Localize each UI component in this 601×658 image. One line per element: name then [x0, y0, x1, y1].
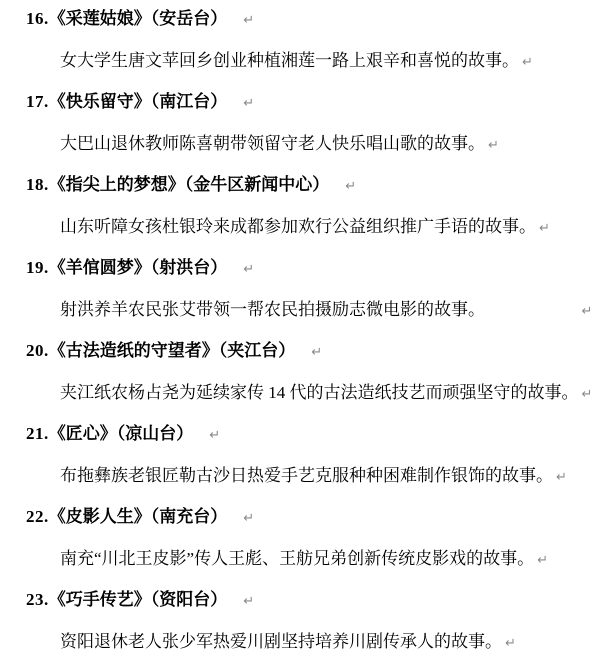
item-description: 布拖彝族老银匠勒古沙日热爱手艺克服种种困难制作银饰的故事。 [60, 466, 553, 485]
paragraph-mark-icon: ↵ [243, 262, 254, 277]
item-title: 《匠心》（凉山台） [49, 424, 194, 443]
entry-21: 21.《匠心》（凉山台）↵ 布拖彝族老银匠勒古沙日热爱手艺克服种种困难制作银饰的… [26, 421, 601, 489]
entry-19: 19.《羊倌圆梦》（射洪台）↵ 射洪养羊农民张艾带领一帮农民拍摄励志微电影的故事… [26, 255, 601, 323]
item-title: 《古法造纸的守望者》（夹江台） [49, 341, 296, 360]
item-number: 22. [26, 507, 49, 526]
paragraph-mark-icon: ↵ [522, 55, 533, 70]
entry-description-row: 布拖彝族老银匠勒古沙日热爱手艺克服种种困难制作银饰的故事。↵ [60, 463, 601, 489]
item-title: 《采莲姑娘》（安岳台） [49, 9, 228, 28]
entry-heading: 18.《指尖上的梦想》（金牛区新闻中心）↵ [26, 172, 601, 198]
entry-heading: 23.《巧手传艺》（资阳台）↵ [26, 587, 601, 613]
entry-description-row: 山东听障女孩杜银玲来成都参加欢行公益组织推广手语的故事。↵ [60, 214, 601, 240]
item-number: 17. [26, 92, 49, 111]
item-title: 《巧手传艺》（资阳台） [49, 590, 228, 609]
item-description: 射洪养羊农民张艾带领一帮农民拍摄励志微电影的故事。 [60, 300, 579, 319]
item-number: 16. [26, 9, 49, 28]
entry-heading: 20.《古法造纸的守望者》（夹江台）↵ [26, 338, 601, 364]
item-description: 山东听障女孩杜银玲来成都参加欢行公益组织推广手语的故事。 [60, 217, 536, 236]
paragraph-mark-icon: ↵ [505, 636, 516, 651]
paragraph-mark-icon: ↵ [582, 387, 593, 402]
item-description: 夹江纸农杨占尧为延续家传 14 代的古法造纸技艺而顽强坚守的故事。 [60, 383, 579, 402]
entry-heading: 16.《采莲姑娘》（安岳台）↵ [26, 6, 601, 32]
entry-heading: 19.《羊倌圆梦》（射洪台）↵ [26, 255, 601, 281]
paragraph-mark-icon: ↵ [209, 428, 220, 443]
item-number: 19. [26, 258, 49, 277]
paragraph-mark-icon: ↵ [488, 138, 499, 153]
entry-description-row: 南充“川北王皮影”传人王彪、王舫兄弟创新传统皮影戏的故事。↵ [60, 546, 601, 572]
paragraph-mark-icon: ↵ [345, 179, 356, 194]
entry-description-row: 射洪养羊农民张艾带领一帮农民拍摄励志微电影的故事。 ↵ [60, 297, 601, 323]
entry-heading: 21.《匠心》（凉山台）↵ [26, 421, 601, 447]
item-number: 18. [26, 175, 49, 194]
paragraph-mark-icon: ↵ [556, 470, 567, 485]
entry-18: 18.《指尖上的梦想》（金牛区新闻中心）↵ 山东听障女孩杜银玲来成都参加欢行公益… [26, 172, 601, 240]
entry-description-row: 资阳退休老人张少军热爱川剧坚持培养川剧传承人的故事。↵ [60, 629, 601, 655]
paragraph-mark-icon: ↵ [243, 594, 254, 609]
entry-description-row: 大巴山退休教师陈喜朝带领留守老人快乐唱山歌的故事。↵ [60, 131, 601, 157]
item-number: 20. [26, 341, 49, 360]
entry-20: 20.《古法造纸的守望者》（夹江台）↵ 夹江纸农杨占尧为延续家传 14 代的古法… [26, 338, 601, 406]
entry-17: 17.《快乐留守》（南江台）↵ 大巴山退休教师陈喜朝带领留守老人快乐唱山歌的故事… [26, 89, 601, 157]
item-title: 《羊倌圆梦》（射洪台） [49, 258, 228, 277]
paragraph-mark-icon: ↵ [539, 221, 550, 236]
item-title: 《皮影人生》（南充台） [49, 507, 228, 526]
entry-22: 22.《皮影人生》（南充台）↵ 南充“川北王皮影”传人王彪、王舫兄弟创新传统皮影… [26, 504, 601, 572]
paragraph-mark-icon: ↵ [243, 13, 254, 28]
item-description: 大巴山退休教师陈喜朝带领留守老人快乐唱山歌的故事。 [60, 134, 485, 153]
item-title: 《指尖上的梦想》（金牛区新闻中心） [49, 175, 330, 194]
item-description: 资阳退休老人张少军热爱川剧坚持培养川剧传承人的故事。 [60, 632, 502, 651]
paragraph-mark-icon: ↵ [582, 304, 593, 319]
entry-heading: 22.《皮影人生》（南充台）↵ [26, 504, 601, 530]
paragraph-mark-icon: ↵ [537, 553, 548, 568]
item-number: 23. [26, 590, 49, 609]
paragraph-mark-icon: ↵ [311, 345, 322, 360]
entry-23: 23.《巧手传艺》（资阳台）↵ 资阳退休老人张少军热爱川剧坚持培养川剧传承人的故… [26, 587, 601, 655]
paragraph-mark-icon: ↵ [243, 96, 254, 111]
document-page: 16.《采莲姑娘》（安岳台）↵ 女大学生唐文苹回乡创业种植湘莲一路上艰辛和喜悦的… [0, 0, 601, 658]
paragraph-mark-icon: ↵ [243, 511, 254, 526]
entry-16: 16.《采莲姑娘》（安岳台）↵ 女大学生唐文苹回乡创业种植湘莲一路上艰辛和喜悦的… [26, 6, 601, 74]
item-description: 南充“川北王皮影”传人王彪、王舫兄弟创新传统皮影戏的故事。 [60, 549, 534, 568]
entry-description-row: 夹江纸农杨占尧为延续家传 14 代的古法造纸技艺而顽强坚守的故事。↵ [60, 380, 601, 406]
item-number: 21. [26, 424, 49, 443]
item-description: 女大学生唐文苹回乡创业种植湘莲一路上艰辛和喜悦的故事。 [60, 51, 519, 70]
item-title: 《快乐留守》（南江台） [49, 92, 228, 111]
entry-description-row: 女大学生唐文苹回乡创业种植湘莲一路上艰辛和喜悦的故事。↵ [60, 48, 601, 74]
entry-heading: 17.《快乐留守》（南江台）↵ [26, 89, 601, 115]
